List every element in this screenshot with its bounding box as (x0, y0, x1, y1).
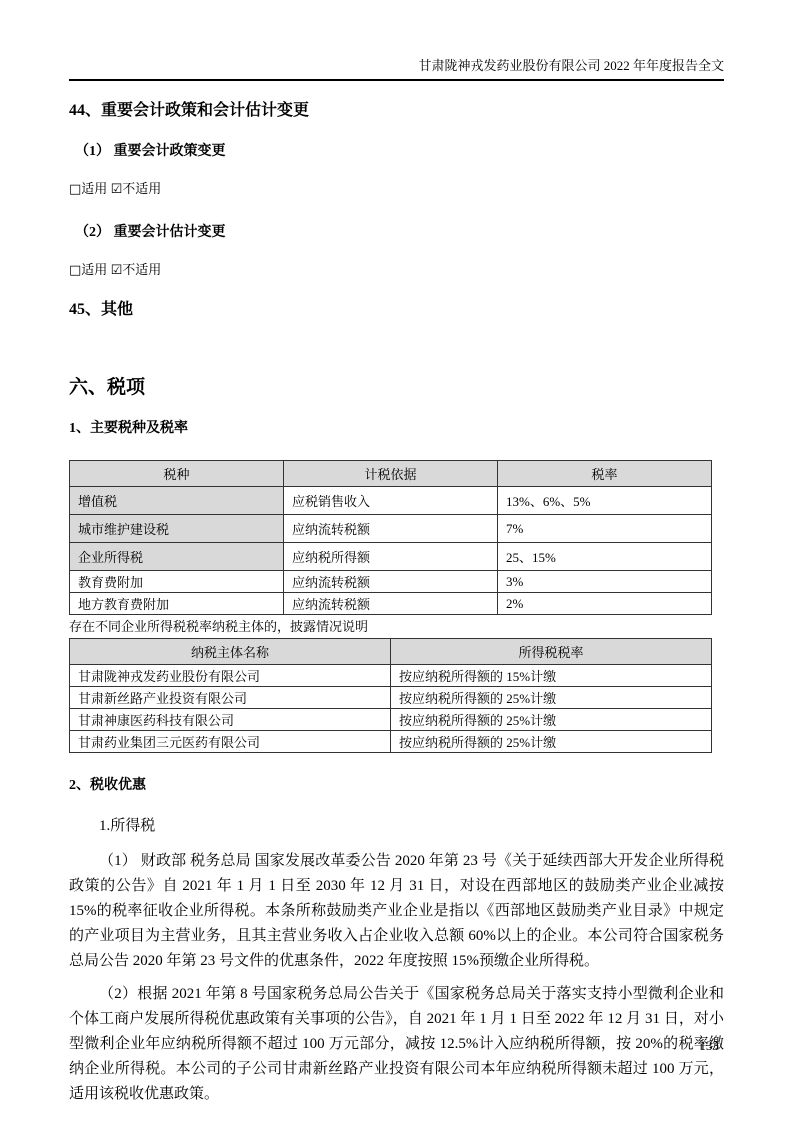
applicable-label: 适用 (81, 262, 107, 277)
table-row: 甘肃陇神戎发药业股份有限公司按应纳税所得额的 15%计缴 (70, 665, 712, 687)
page-content: 甘肃陇神戎发药业股份有限公司 2022 年年度报告全文 44、重要会计政策和会计… (69, 0, 724, 1107)
table-cell: 应纳流转税额 (284, 571, 498, 593)
table-cell: 应纳税所得额 (284, 543, 498, 571)
section-6-title: 六、税项 (69, 377, 724, 399)
tax-incentive-paragraph-1: （1） 财政部 税务总局 国家发展改革委公告 2020 年第 23 号《关于延续… (69, 849, 724, 974)
section-6-sub2-title: 2、税收优惠 (69, 777, 724, 794)
not-applicable-label: 不适用 (122, 262, 161, 277)
section-44-sub2-title: （2） 重要会计估计变更 (69, 225, 724, 241)
table-cell: 应税销售收入 (284, 487, 498, 515)
table-cell: 甘肃药业集团三元医药有限公司 (70, 731, 391, 753)
table-cell: 甘肃陇神戎发药业股份有限公司 (70, 665, 391, 687)
table-cell: 2% (498, 593, 712, 615)
table-row: 甘肃药业集团三元医药有限公司按应纳税所得额的 25%计缴 (70, 731, 712, 753)
column-header-income-tax-rate: 所得税税率 (391, 639, 712, 665)
section-44-title: 44、重要会计政策和会计估计变更 (69, 101, 724, 120)
disclosure-note: 存在不同企业所得税税率纳税主体的，披露情况说明 (69, 619, 724, 634)
page-number: 133 (700, 1038, 720, 1054)
table-row: 甘肃神康医药科技有限公司按应纳税所得额的 25%计缴 (70, 709, 712, 731)
table-cell: 按应纳税所得额的 25%计缴 (391, 731, 712, 753)
table-cell: 企业所得税 (70, 543, 284, 571)
table-cell: 应纳流转税额 (284, 593, 498, 615)
table-cell: 按应纳税所得额的 15%计缴 (391, 665, 712, 687)
section-6-sub1-title: 1、主要税种及税率 (69, 420, 724, 437)
income-tax-label: 1.所得税 (69, 816, 724, 836)
table-cell: 城市维护建设税 (70, 515, 284, 543)
column-header-tax-basis: 计税依据 (284, 461, 498, 487)
table-cell: 教育费附加 (70, 571, 284, 593)
document-header: 甘肃陇神戎发药业股份有限公司 2022 年年度报告全文 (69, 0, 724, 81)
section-45-title: 45、其他 (69, 300, 724, 319)
table-cell: 应纳流转税额 (284, 515, 498, 543)
applicability-row-2: □适用 ☑不适用 (69, 262, 724, 278)
table-cell: 7% (498, 515, 712, 543)
table-cell: 甘肃新丝路产业投资有限公司 (70, 687, 391, 709)
tax-incentive-paragraph-2: （2）根据 2021 年第 8 号国家税务总局公告关于《国家税务总局关于落实支持… (69, 982, 724, 1107)
table-row: 城市维护建设税应纳流转税额7% (70, 515, 712, 543)
table-row: 教育费附加应纳流转税额3% (70, 571, 712, 593)
table-row: 地方教育费附加应纳流转税额2% (70, 593, 712, 615)
table-cell: 甘肃神康医药科技有限公司 (70, 709, 391, 731)
checkbox-checked-icon: ☑ (111, 263, 123, 278)
taxpayer-table: 纳税主体名称 所得税税率 甘肃陇神戎发药业股份有限公司按应纳税所得额的 15%计… (69, 638, 712, 753)
checkbox-unchecked-icon: □ (69, 263, 81, 278)
table-cell: 地方教育费附加 (70, 593, 284, 615)
applicable-label: 适用 (81, 181, 107, 196)
table-cell: 按应纳税所得额的 25%计缴 (391, 687, 712, 709)
column-header-taxpayer-name: 纳税主体名称 (70, 639, 391, 665)
table-row: 甘肃新丝路产业投资有限公司按应纳税所得额的 25%计缴 (70, 687, 712, 709)
tax-rate-table: 税种 计税依据 税率 增值税应税销售收入13%、6%、5%城市维护建设税应纳流转… (69, 460, 712, 615)
not-applicable-label: 不适用 (122, 181, 161, 196)
table-cell: 增值税 (70, 487, 284, 515)
table-cell: 13%、6%、5% (498, 487, 712, 515)
checkbox-checked-icon: ☑ (111, 182, 123, 197)
table-row: 增值税应税销售收入13%、6%、5% (70, 487, 712, 515)
table-row: 企业所得税应纳税所得额25、15% (70, 543, 712, 571)
table-header-row: 纳税主体名称 所得税税率 (70, 639, 712, 665)
report-header-title: 甘肃陇神戎发药业股份有限公司 2022 年年度报告全文 (418, 58, 724, 73)
table-header-row: 税种 计税依据 税率 (70, 461, 712, 487)
section-44-sub1-title: （1） 重要会计政策变更 (69, 144, 724, 160)
table-cell: 25、15% (498, 543, 712, 571)
checkbox-unchecked-icon: □ (69, 182, 81, 197)
document-page: 甘肃陇神戎发药业股份有限公司 2022 年年度报告全文 44、重要会计政策和会计… (0, 0, 793, 1122)
column-header-tax-rate: 税率 (498, 461, 712, 487)
column-header-tax-type: 税种 (70, 461, 284, 487)
applicability-row-1: □适用 ☑不适用 (69, 181, 724, 197)
table-cell: 按应纳税所得额的 25%计缴 (391, 709, 712, 731)
table-cell: 3% (498, 571, 712, 593)
